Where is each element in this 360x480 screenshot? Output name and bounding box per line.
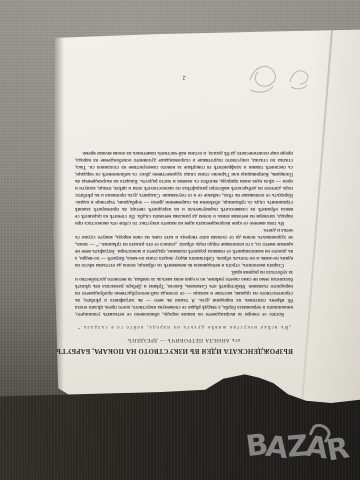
article-byline: отъ АННЕЛА ПЕТРОВИЧЪ — ДРЕЗДЕНЪ	[75, 337, 293, 343]
article-epigraph: „Въ всѣко изкуство живѣе духътъ на народ…	[75, 324, 293, 329]
photo-of-book-page: ВЪЗРОЖДЕНСКАТА ИДЕЯ ВЪ ИЗКУСТВОТО НА ПОК…	[0, 0, 360, 480]
body-paragraph: Въ това именно се крие възрожденската ид…	[75, 149, 293, 226]
page-number: 2	[75, 74, 293, 80]
body-paragraph: Старата иконопись, строга и неподвижна в…	[75, 226, 293, 268]
body-paragraph: Когато се говори за възраждането на наши…	[75, 268, 293, 317]
watermark-letter: R	[324, 433, 351, 465]
article-title: ВЪЗРОЖДЕНСКАТА ИДЕЯ ВЪ ИЗКУСТВОТО НА ПОК…	[75, 347, 293, 354]
bazar-watermark: B A Z A R	[246, 431, 360, 480]
article-body: Когато се говори за възраждането на наши…	[75, 87, 293, 317]
book-page: ВЪЗРОЖДЕНСКАТА ИДЕЯ ВЪ ИЗКУСТВОТО НА ПОК…	[52, 28, 360, 408]
printed-content: ВЪЗРОЖДЕНСКАТА ИДЕЯ ВЪ ИЗКУСТВОТО НА ПОК…	[52, 28, 360, 408]
